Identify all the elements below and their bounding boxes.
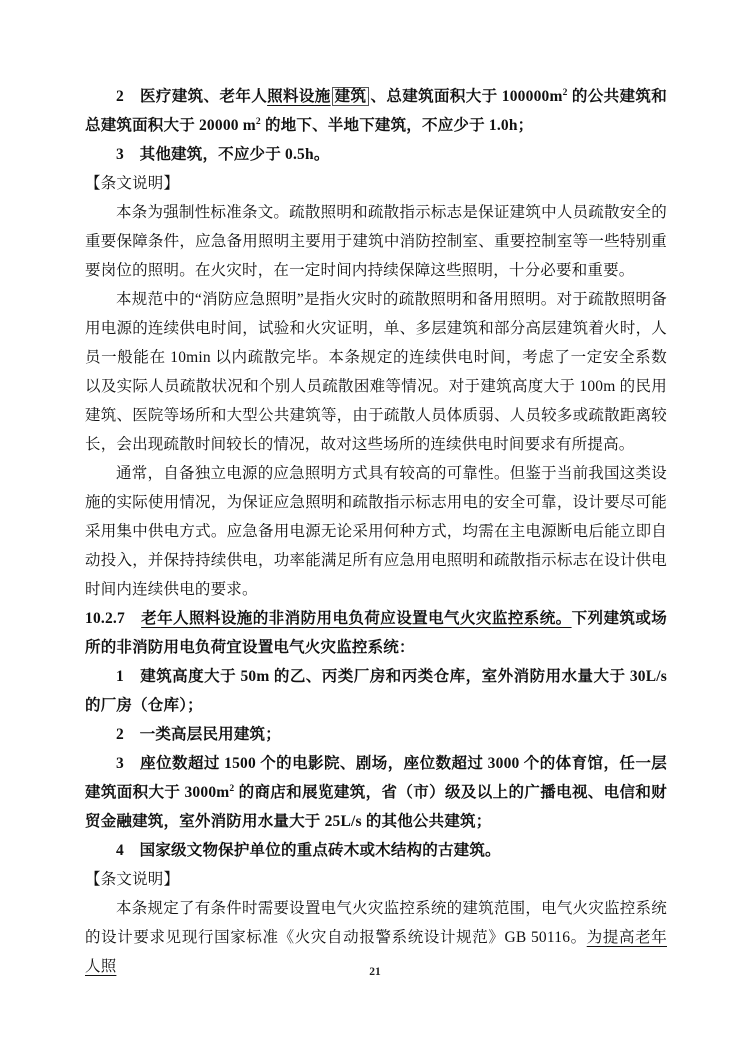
text-run: 【条文说明】 — [85, 175, 179, 192]
paragraph-explanation-para-1: 本条为强制性标准条文。疏散照明和疏散指示标志是保证建筑中人员疏散安全的重要保障条… — [85, 198, 667, 285]
paragraph-explanation-label-1: 【条文说明】 — [85, 169, 667, 198]
revision-inserted-text: 老年人照料设施的非消防用电负荷应设置电气火灾监控系统。 — [141, 610, 571, 627]
paragraph-clause-item-3: 3 其他建筑，不应少于 0.5h。 — [85, 140, 667, 169]
revision-inserted-text: 照料设施 — [267, 88, 331, 105]
document-page: 2 医疗建筑、老年人照料设施建筑、总建筑面积大于 100000m2 的公共建筑和… — [0, 0, 750, 1060]
text-run: 本条为强制性标准条文。疏散照明和疏散指示标志是保证建筑中人员疏散安全的重要保障条… — [85, 204, 667, 279]
paragraph-clause-item-2: 2 医疗建筑、老年人照料设施建筑、总建筑面积大于 100000m2 的公共建筑和… — [85, 82, 667, 140]
text-run: 10.2.7 — [85, 610, 141, 627]
text-run: 的地下、半地下建筑，不应少于 1.0h； — [261, 117, 533, 134]
paragraph-clause-10-2-7-item-3: 3 座位数超过 1500 个的电影院、剧场，座位数超过 3000 个的体育馆，任… — [85, 749, 667, 836]
paragraph-explanation-label-2: 【条文说明】 — [85, 865, 667, 894]
text-run: 本条规定了有条件时需要设置电气火灾监控系统的建筑范围，电气火灾监控系统的设计要求… — [85, 900, 667, 946]
paragraph-clause-10-2-7: 10.2.7 老年人照料设施的非消防用电负荷应设置电气火灾监控系统。下列建筑或场… — [85, 604, 667, 662]
text-run: 本规范中的“消防应急照明”是指火灾时的疏散照明和备用照明。对于疏散照明备用电源的… — [85, 291, 667, 453]
paragraph-clause-10-2-7-item-2: 2 一类高层民用建筑； — [85, 720, 667, 749]
page-content: 2 医疗建筑、老年人照料设施建筑、总建筑面积大于 100000m2 的公共建筑和… — [85, 82, 667, 981]
revision-boxed-text: 建筑 — [332, 87, 370, 106]
text-run: 、总建筑面积大于 100000m — [370, 88, 562, 105]
text-run: 2 一类高层民用建筑； — [116, 726, 281, 743]
text-run: 4 国家级文物保护单位的重点砖木或木结构的古建筑。 — [116, 842, 501, 859]
paragraph-explanation-para-3: 通常，自备独立电源的应急照明方式具有较高的可靠性。但鉴于当前我国这类设施的实际使… — [85, 459, 667, 604]
paragraph-clause-10-2-7-item-4: 4 国家级文物保护单位的重点砖木或木结构的古建筑。 — [85, 836, 667, 865]
text-run: 3 其他建筑，不应少于 0.5h。 — [116, 146, 330, 163]
paragraph-explanation-para-2: 本规范中的“消防应急照明”是指火灾时的疏散照明和备用照明。对于疏散照明备用电源的… — [85, 285, 667, 459]
text-run: 通常，自备独立电源的应急照明方式具有较高的可靠性。但鉴于当前我国这类设施的实际使… — [85, 465, 667, 598]
text-run: 2 医疗建筑、老年人 — [116, 88, 267, 105]
text-run: 1 建筑高度大于 50m 的乙、丙类厂房和丙类仓库，室外消防用水量大于 30L/… — [85, 668, 667, 714]
page-number: 21 — [0, 966, 750, 978]
text-run: 【条文说明】 — [85, 871, 179, 888]
paragraph-clause-10-2-7-item-1: 1 建筑高度大于 50m 的乙、丙类厂房和丙类仓库，室外消防用水量大于 30L/… — [85, 662, 667, 720]
